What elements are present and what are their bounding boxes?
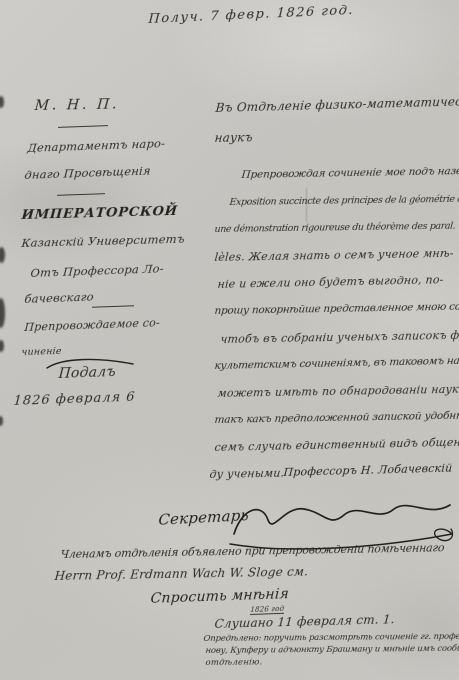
department-line-1: Департаментъ наро- [27, 136, 166, 155]
manuscript-page: Получ. 7 февр. 1826 год. М. Н. П. Департ… [0, 0, 459, 680]
body-line: ду учеными. [209, 467, 285, 481]
body-line: Въ Отдѣленіе физико-математическихъ- [215, 94, 459, 115]
scan-smudge [0, 247, 5, 263]
body-line: такъ какъ предположенной запиской удобнѣ… [214, 409, 459, 426]
body-line: lèles. Желая знать о семъ ученое мнѣ- [214, 247, 454, 264]
body-line: прошу покорнѣйше представленное мною соч… [214, 300, 459, 317]
margin-initials: М. Н. П. [34, 96, 120, 114]
submitted-date: 1826 февраля 6 [13, 390, 136, 409]
body-line: культетскимъ сочиненіямъ, въ таковомъ на… [214, 354, 459, 372]
body-line: наукъ [214, 130, 253, 145]
imperial-university-line-2: Казанскій Университетъ [21, 232, 185, 250]
body-line: можетъ имѣть по обнародованіи наукѣ, [217, 383, 459, 400]
resolution-line-1: Опредѣлено: поручить разсмотрѣть сочинен… [203, 631, 459, 644]
body-line: семъ случаѣ единственный видъ общенія ме… [214, 435, 459, 454]
submitted-label: Подалъ [58, 364, 116, 382]
annotation-line-1: Членамъ отдѣленія объявлено при препрово… [60, 541, 445, 561]
department-line-2: днаго Просвѣщенія [24, 164, 151, 182]
annotation-line-3: Спросить мнѣнія [150, 586, 290, 607]
heard-line: Слушано 11 февраля ст. 1. [214, 612, 395, 631]
enclosure-line-1: Препровождаемое со- [24, 316, 160, 334]
received-note: Получ. 7 февр. 1826 год. [148, 3, 354, 27]
body-line: ніе и ежели оно будетъ выгодно, по- [217, 273, 444, 291]
scan-smudge [0, 340, 4, 352]
department-underline [57, 193, 105, 196]
heard-date-superscript: 1826 год [250, 605, 284, 615]
scan-smudge [0, 416, 3, 426]
body-line: Exposition succincte des principes de la… [229, 194, 459, 208]
sender-line-1: Отъ Профессора Ло- [30, 261, 164, 280]
body-line: une démonstration rigoureuse du théorème… [214, 221, 456, 235]
resolution-line-3: отдѣленію. [205, 657, 263, 668]
sender-line-2: бачевскаго [24, 290, 94, 306]
scan-smudge [0, 298, 5, 328]
resolution-line-2: нову, Купферу и адъюнкту Брашману и мнѣн… [205, 644, 459, 656]
body-line: чтобъ въ собраніи ученыхъ записокъ фа- [220, 329, 459, 346]
body-line: Препровождая сочиненіе мое подъ названіе… [241, 164, 459, 181]
annotation-line-2: Herrn Prof. Erdmann Wach W. Sloge см. [54, 565, 309, 583]
professor-signature: Профессоръ Н. Лобачевскій [283, 462, 453, 479]
margin-initials-underline [58, 125, 108, 128]
sender-underline [92, 305, 134, 307]
scan-smudge [0, 96, 4, 108]
imperial-university-line-1: ИМПЕРАТОРСКОЙ [21, 204, 178, 223]
